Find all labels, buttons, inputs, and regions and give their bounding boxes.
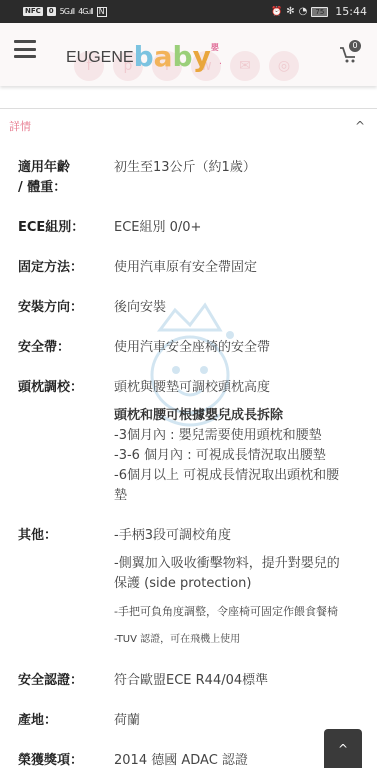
spec-value: 使用汽車安全座椅的安全帶	[114, 338, 359, 358]
details-accordion-header[interactable]: 詳情 ^	[0, 108, 377, 142]
spec-label: 產地：	[18, 711, 108, 731]
spec-label: 安全認證：	[18, 671, 108, 691]
hamburger-line	[14, 40, 36, 43]
nfc-n-icon: N	[97, 7, 107, 17]
spec-label: 其他：	[18, 526, 108, 546]
logo-eugene-text: EUGENE	[66, 49, 134, 67]
signal-icon-2: 4G.ıll	[78, 7, 93, 16]
spec-label: 安裝方向：	[18, 298, 108, 318]
hamburger-line	[14, 48, 36, 51]
spec-label: 榮獲獎項：	[18, 751, 108, 768]
spec-label: 安全帶：	[18, 338, 108, 358]
status-left: NFC 0 5G.ıll 4G.ıll N	[23, 7, 107, 17]
spec-label: 適用年齡/ 體重：	[18, 158, 108, 198]
site-header: f p i w ✉ ◎ EUGENE baby 嬰 . 0	[0, 23, 377, 86]
logo-baby-text: baby	[134, 43, 211, 71]
site-logo[interactable]: EUGENE baby 嬰 .	[66, 33, 222, 73]
hamburger-line	[14, 55, 36, 58]
logo-dot: .	[219, 56, 222, 67]
weibo-icon[interactable]: ◎	[269, 51, 299, 81]
spec-label: 固定方法：	[18, 258, 108, 278]
menu-button[interactable]	[14, 40, 36, 58]
spec-value: 荷蘭	[114, 711, 359, 731]
bluetooth-icon: ✻	[286, 6, 294, 17]
spec-label: 頭枕調校：	[18, 378, 108, 398]
cart-button[interactable]: 0	[339, 42, 361, 64]
spec-value: 頭枕與腰墊可調校頭枕高度 頭枕和腰可根據嬰兒成長拆除 -3個月內 : 嬰兒需要使…	[114, 378, 359, 506]
email-icon[interactable]: ✉	[230, 51, 260, 81]
sim-icon: 0	[47, 7, 56, 16]
status-bar: NFC 0 5G.ıll 4G.ıll N ⏰ ✻ ◔ 75 15:44	[0, 0, 377, 23]
cart-count-badge: 0	[349, 40, 361, 52]
data-speed-icon: ◔	[299, 6, 308, 17]
spec-value: 後向安裝	[114, 298, 359, 318]
spec-value: ECE組別 0/0+	[114, 218, 359, 238]
clock: 15:44	[335, 5, 367, 18]
status-right: ⏰ ✻ ◔ 75 15:44	[271, 5, 367, 18]
spec-value: 符合歐盟ECE R44/04標準	[114, 671, 359, 691]
chevron-up-icon[interactable]: ^	[355, 119, 365, 133]
spec-value: 使用汽車原有安全帶固定	[114, 258, 359, 278]
spec-value: 2014 德國 ADAC 認證	[114, 751, 359, 768]
spec-value: 初生至13公斤（約1歲）	[114, 158, 359, 178]
chevron-up-icon: ^	[338, 742, 348, 756]
spec-label: ECE組別：	[18, 218, 108, 238]
nfc-icon: NFC	[23, 7, 43, 16]
details-title: 詳情	[9, 118, 31, 134]
signal-icon-1: 5G.ıll	[60, 7, 75, 16]
spec-value: -手柄3段可調校角度 -側翼加入吸收衝擊物料，提升對嬰兒的 保護 (side p…	[114, 526, 359, 650]
alarm-icon: ⏰	[271, 7, 282, 17]
back-to-top-button[interactable]: ^	[324, 729, 362, 768]
battery-icon: 75	[311, 7, 328, 17]
logo-mark: 嬰	[211, 42, 219, 53]
